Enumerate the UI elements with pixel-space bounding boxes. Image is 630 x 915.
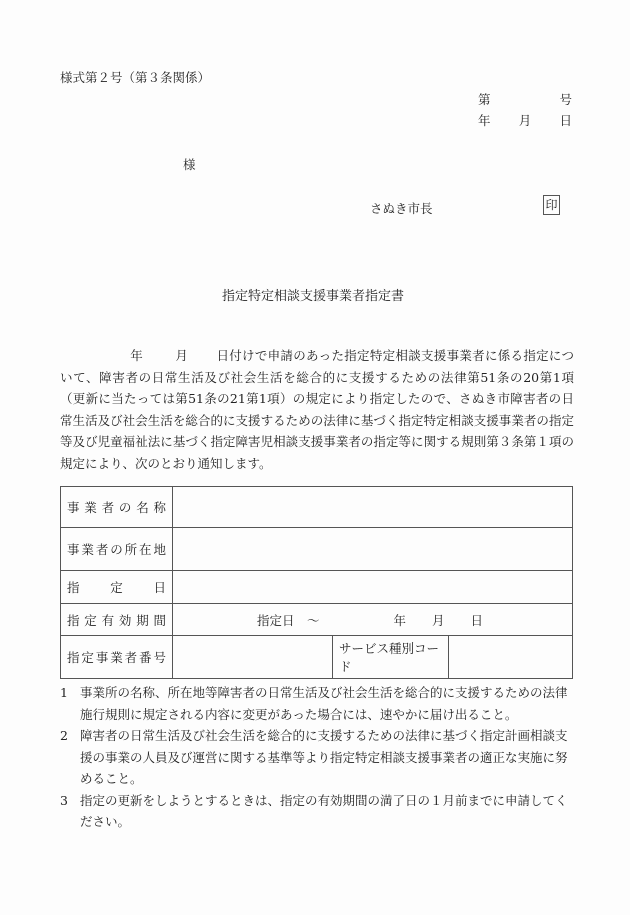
label-business-address: 事業者の所在地 xyxy=(61,528,173,571)
addressee-suffix: 様 xyxy=(183,155,196,173)
form-number: 様式第２号（第３条関係） xyxy=(60,68,210,86)
body-year: 年 xyxy=(130,348,143,363)
label-char: 番 xyxy=(139,648,152,666)
label-char: 定 xyxy=(110,578,123,596)
validity-month: 月 xyxy=(432,613,445,628)
doc-number-suffix: 号 xyxy=(559,90,572,108)
validity-start: 指定日 ～ xyxy=(257,613,320,628)
note-item: 3 指定の更新をしようとするときは、指定の有効期間の満了日の１月前までに申請して… xyxy=(60,790,574,833)
notes-list: 1 事業所の名称、所在地等障害者の日常生活及び社会生活を総合的に支援するための法… xyxy=(60,682,574,833)
label-char: 定 xyxy=(84,611,97,629)
label-char: 期 xyxy=(136,611,149,629)
value-service-code xyxy=(449,636,573,679)
label-validity-period: 指定有効期間 xyxy=(61,604,173,636)
label-char: の xyxy=(119,498,132,516)
issuer: さぬき市長 xyxy=(370,199,433,217)
doc-number-prefix: 第 xyxy=(478,90,491,108)
note-number: 2 xyxy=(60,725,80,790)
label-char: 定 xyxy=(81,648,94,666)
value-business-number xyxy=(173,636,333,679)
label-designation-date: 指定日 xyxy=(61,571,173,604)
label-char: 事 xyxy=(67,498,80,516)
document-number: 第 号 xyxy=(478,90,572,108)
validity-year: 年 xyxy=(394,613,407,628)
label-char: 者 xyxy=(125,648,138,666)
table-row: 事業者の名称 xyxy=(61,487,573,528)
note-item: 2 障害者の日常生活及び社会生活を総合的に支援するための法律に基づく指定計画相談… xyxy=(60,725,574,790)
label-char: 業 xyxy=(84,498,97,516)
label-char: 称 xyxy=(153,498,166,516)
body-month: 月 xyxy=(175,348,188,363)
label-char: の xyxy=(110,540,123,558)
label-char: 者 xyxy=(102,498,115,516)
seal-icon: 印 xyxy=(543,195,560,215)
label-char: 名 xyxy=(136,498,149,516)
note-item: 1 事業所の名称、所在地等障害者の日常生活及び社会生活を総合的に支援するための法… xyxy=(60,682,574,725)
date-year: 年 xyxy=(478,111,491,129)
label-char: 指 xyxy=(67,648,80,666)
label-char: 号 xyxy=(153,648,166,666)
table-row: 事業者の所在地 xyxy=(61,528,573,571)
value-business-name xyxy=(173,487,573,528)
date-day: 日 xyxy=(559,111,572,129)
label-char: 業 xyxy=(110,648,123,666)
label-char: 指 xyxy=(67,611,80,629)
table-row: 指定有効期間 指定日 ～年月日 xyxy=(61,604,573,636)
body-paragraph: 年月日付けで申請のあった指定特定相談支援事業者に係る指定について、障害者の日常生… xyxy=(60,345,574,474)
body-text: 日付けで申請のあった指定特定相談支援事業者に係る指定について、障害者の日常生活及… xyxy=(60,348,574,471)
label-char: 在 xyxy=(139,540,152,558)
value-designation-date xyxy=(173,571,573,604)
table-row: 指定事業者番号 サービス種別コード xyxy=(61,636,573,679)
label-service-code: サービス種別コード xyxy=(333,636,449,679)
note-text: 障害者の日常生活及び社会生活を総合的に支援するための法律に基づく指定計画相談支援… xyxy=(80,725,574,790)
label-char: 有 xyxy=(102,611,115,629)
label-char: 間 xyxy=(153,611,166,629)
label-char: 効 xyxy=(119,611,132,629)
value-validity-period: 指定日 ～年月日 xyxy=(173,604,573,636)
note-text: 指定の更新をしようとするときは、指定の有効期間の満了日の１月前までに申請してくだ… xyxy=(80,790,574,833)
label-char: 地 xyxy=(153,540,166,558)
label-char: 業 xyxy=(81,540,94,558)
table-row: 指定日 xyxy=(61,571,573,604)
label-char: 事 xyxy=(67,540,80,558)
date-month: 月 xyxy=(519,111,532,129)
label-char: 者 xyxy=(96,540,109,558)
note-text: 事業所の名称、所在地等障害者の日常生活及び社会生活を総合的に支援するための法律施… xyxy=(80,682,574,725)
label-business-number: 指定事業者番号 xyxy=(61,636,173,679)
label-char: 日 xyxy=(153,578,166,596)
document-title: 指定特定相談支援事業者指定書 xyxy=(222,285,404,304)
validity-day: 日 xyxy=(471,613,484,628)
label-char: 指 xyxy=(67,578,80,596)
value-business-address xyxy=(173,528,573,571)
issue-date: 年 月 日 xyxy=(478,111,572,129)
note-number: 3 xyxy=(60,790,80,833)
designation-table: 事業者の名称 事業者の所在地 指定日 指定有効期間 指定日 ～年月日 指定事業者… xyxy=(60,486,573,679)
label-business-name: 事業者の名称 xyxy=(61,487,173,528)
note-number: 1 xyxy=(60,682,80,725)
label-char: 事 xyxy=(96,648,109,666)
label-char: 所 xyxy=(125,540,138,558)
